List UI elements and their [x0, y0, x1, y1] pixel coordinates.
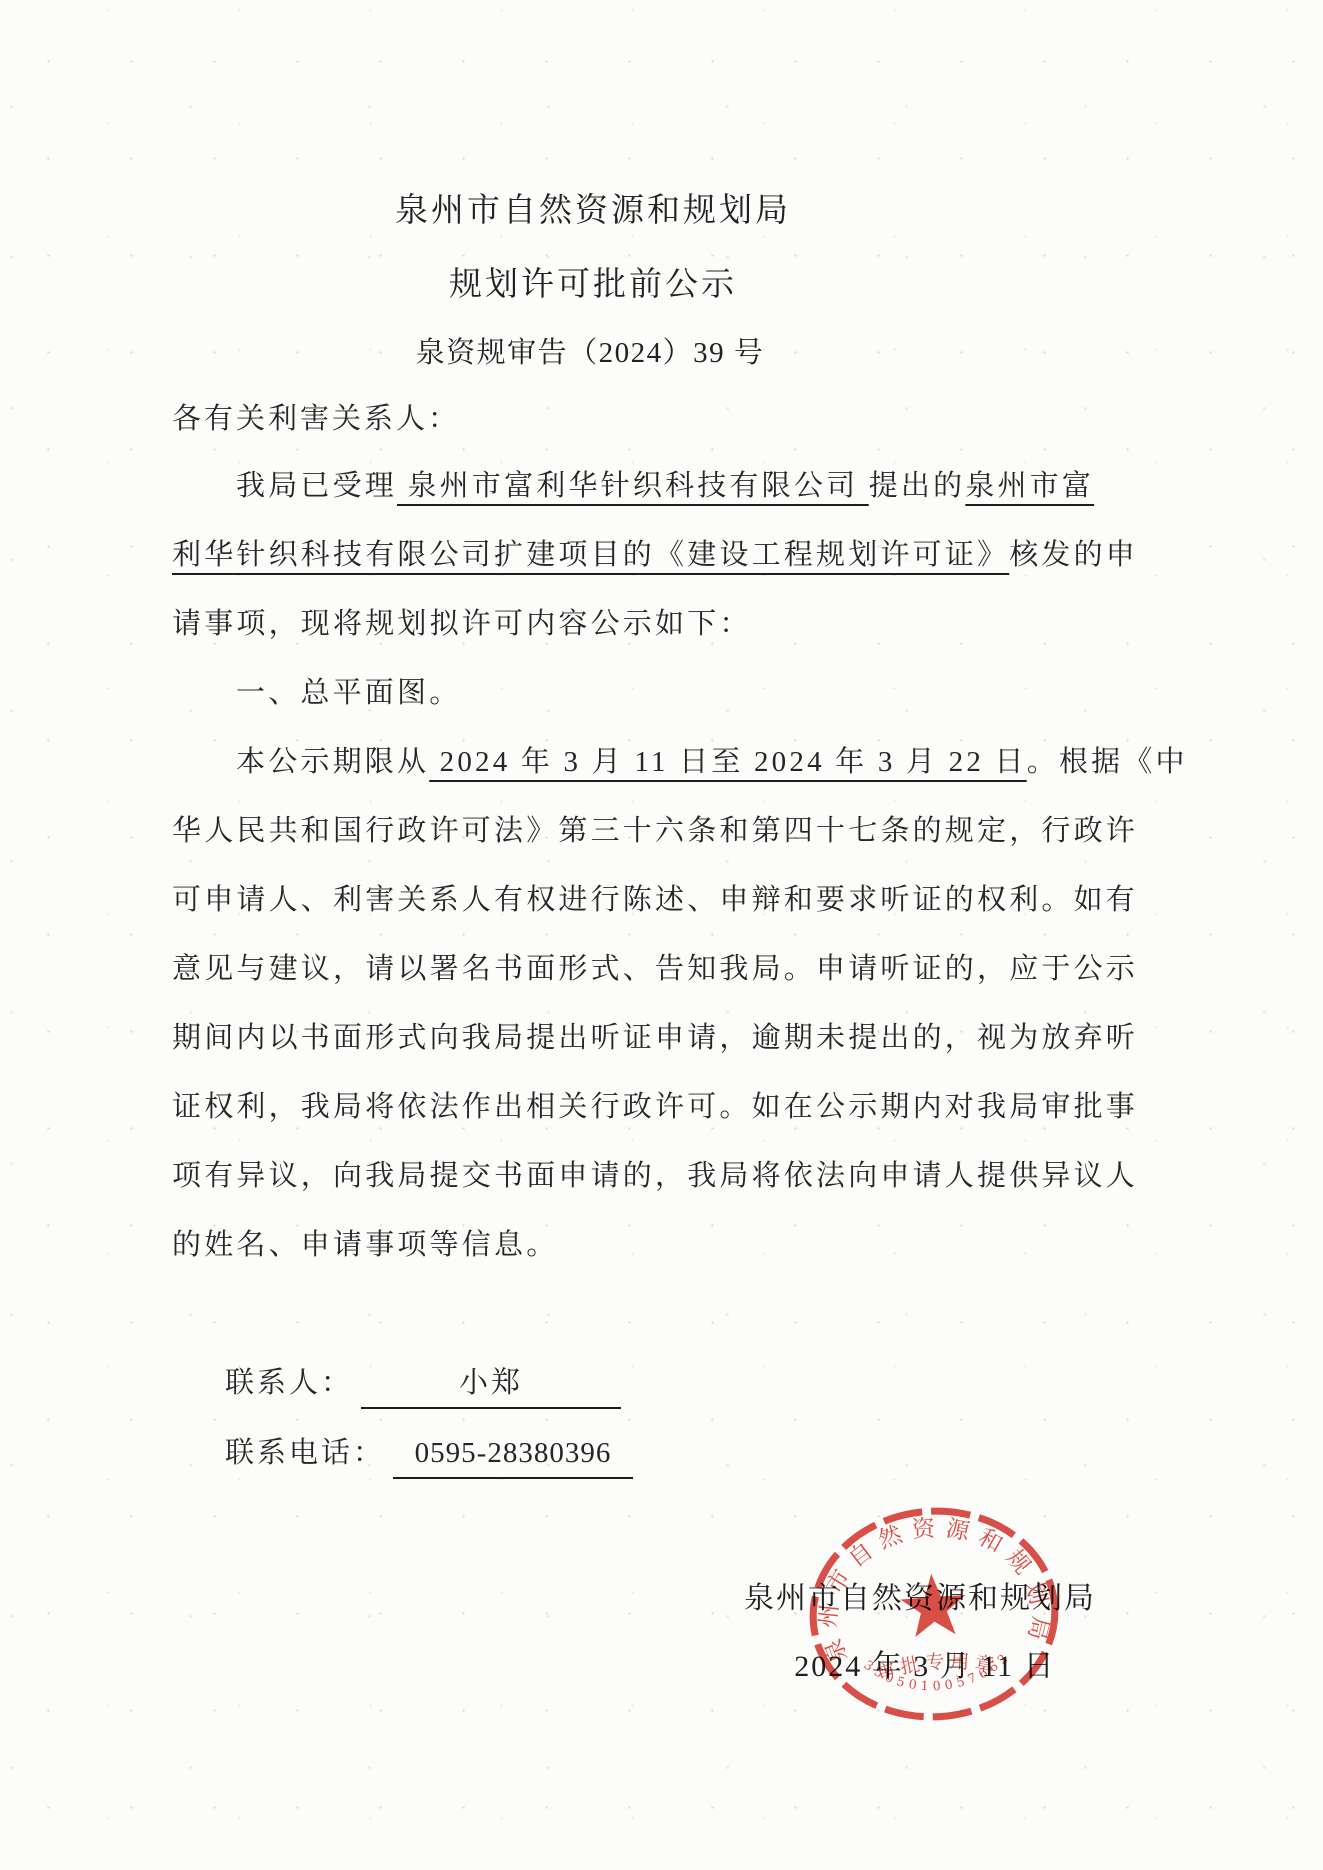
body-line: 一、总平面图。 — [172, 659, 1172, 728]
contact-person-row: 联系人：小郑 — [225, 1363, 621, 1403]
contact-person-label: 联系人： — [225, 1367, 353, 1399]
body-line: 华人民共和国行政许可法》第三十六条和第四十七条的规定，行政许 — [172, 797, 1172, 866]
body-text: 。根据《中 — [1027, 746, 1188, 778]
salutation: 各有关利害关系人： — [172, 396, 460, 437]
body-text: 华人民共和国行政许可法》第三十六条和第四十七条的规定，行政许 — [172, 815, 1138, 847]
body-text: 的姓名、申请事项等信息。 — [172, 1229, 558, 1261]
underlined-text: 利华针织科技有限公司扩建项目的《建设工程规划许可证》 — [172, 539, 1009, 571]
body-line: 我局已受理 泉州市富利华针织科技有限公司 提出的泉州市富 — [172, 452, 1172, 521]
body-line: 利华针织科技有限公司扩建项目的《建设工程规划许可证》核发的申 — [172, 521, 1172, 590]
body-text: 我局已受理 — [236, 470, 397, 502]
body-line: 项有异议，向我局提交书面申请的，我局将依法向申请人提供异议人 — [172, 1142, 1172, 1211]
body-text: 期间内以书面形式向我局提出听证申请，逾期未提出的，视为放弃听 — [172, 1022, 1138, 1054]
body-text: 请事项，现将规划拟许可内容公示如下： — [172, 608, 752, 640]
underlined-text: 泉州市富利华针织科技有限公司 — [397, 470, 869, 502]
body-line: 意见与建议，请以署名书面形式、告知我局。申请听证的，应于公示 — [172, 935, 1172, 1004]
official-stamp: 泉州市自然资源和规划局 审批专用章 3505010057662 — [795, 1492, 1072, 1736]
body-line: 证权利，我局将依法作出相关行政许可。如在公示期内对我局审批事 — [172, 1073, 1172, 1142]
underlined-text: 2024 年 3 月 11 日至 2024 年 3 月 22 日 — [429, 746, 1027, 778]
contact-phone-row: 联系电话：0595-28380396 — [225, 1433, 633, 1473]
document-title-line1: 泉州市自然资源和规划局 — [0, 184, 1186, 231]
body-text: 证权利，我局将依法作出相关行政许可。如在公示期内对我局审批事 — [172, 1091, 1138, 1123]
body-text: 提出的 — [869, 470, 966, 502]
underlined-text: 泉州市富 — [965, 470, 1094, 502]
document-title-line2: 规划许可批前公示 — [0, 258, 1186, 305]
document-page: 泉州市自然资源和规划局 规划许可批前公示 泉资规审告（2024）39 号 各有关… — [0, 0, 1323, 1870]
body-text: 核发的申 — [1009, 539, 1138, 571]
document-number: 泉资规审告（2024）39 号 — [0, 330, 1180, 371]
body-line: 请事项，现将规划拟许可内容公示如下： — [172, 590, 1172, 659]
body-line: 本公示期限从 2024 年 3 月 11 日至 2024 年 3 月 22 日。… — [172, 728, 1172, 797]
body-line: 可申请人、利害关系人有权进行陈述、申辩和要求听证的权利。如有 — [172, 866, 1172, 935]
body-text: 本公示期限从 — [236, 746, 429, 778]
document-body: 我局已受理 泉州市富利华针织科技有限公司 提出的泉州市富利华针织科技有限公司扩建… — [172, 452, 1172, 1280]
body-line: 的姓名、申请事项等信息。 — [172, 1211, 1172, 1280]
body-line: 期间内以书面形式向我局提出听证申请，逾期未提出的，视为放弃听 — [172, 1004, 1172, 1073]
body-text: 项有异议，向我局提交书面申请的，我局将依法向申请人提供异议人 — [172, 1160, 1138, 1192]
contact-person-value: 小郑 — [361, 1363, 621, 1409]
contact-phone-label: 联系电话： — [225, 1437, 385, 1469]
body-text: 一、总平面图。 — [236, 677, 461, 709]
body-text: 可申请人、利害关系人有权进行陈述、申辩和要求听证的权利。如有 — [172, 884, 1138, 916]
body-text: 意见与建议，请以署名书面形式、告知我局。申请听证的，应于公示 — [172, 953, 1138, 985]
contact-phone-value: 0595-28380396 — [393, 1433, 633, 1479]
stamp-star-icon — [899, 1572, 968, 1638]
